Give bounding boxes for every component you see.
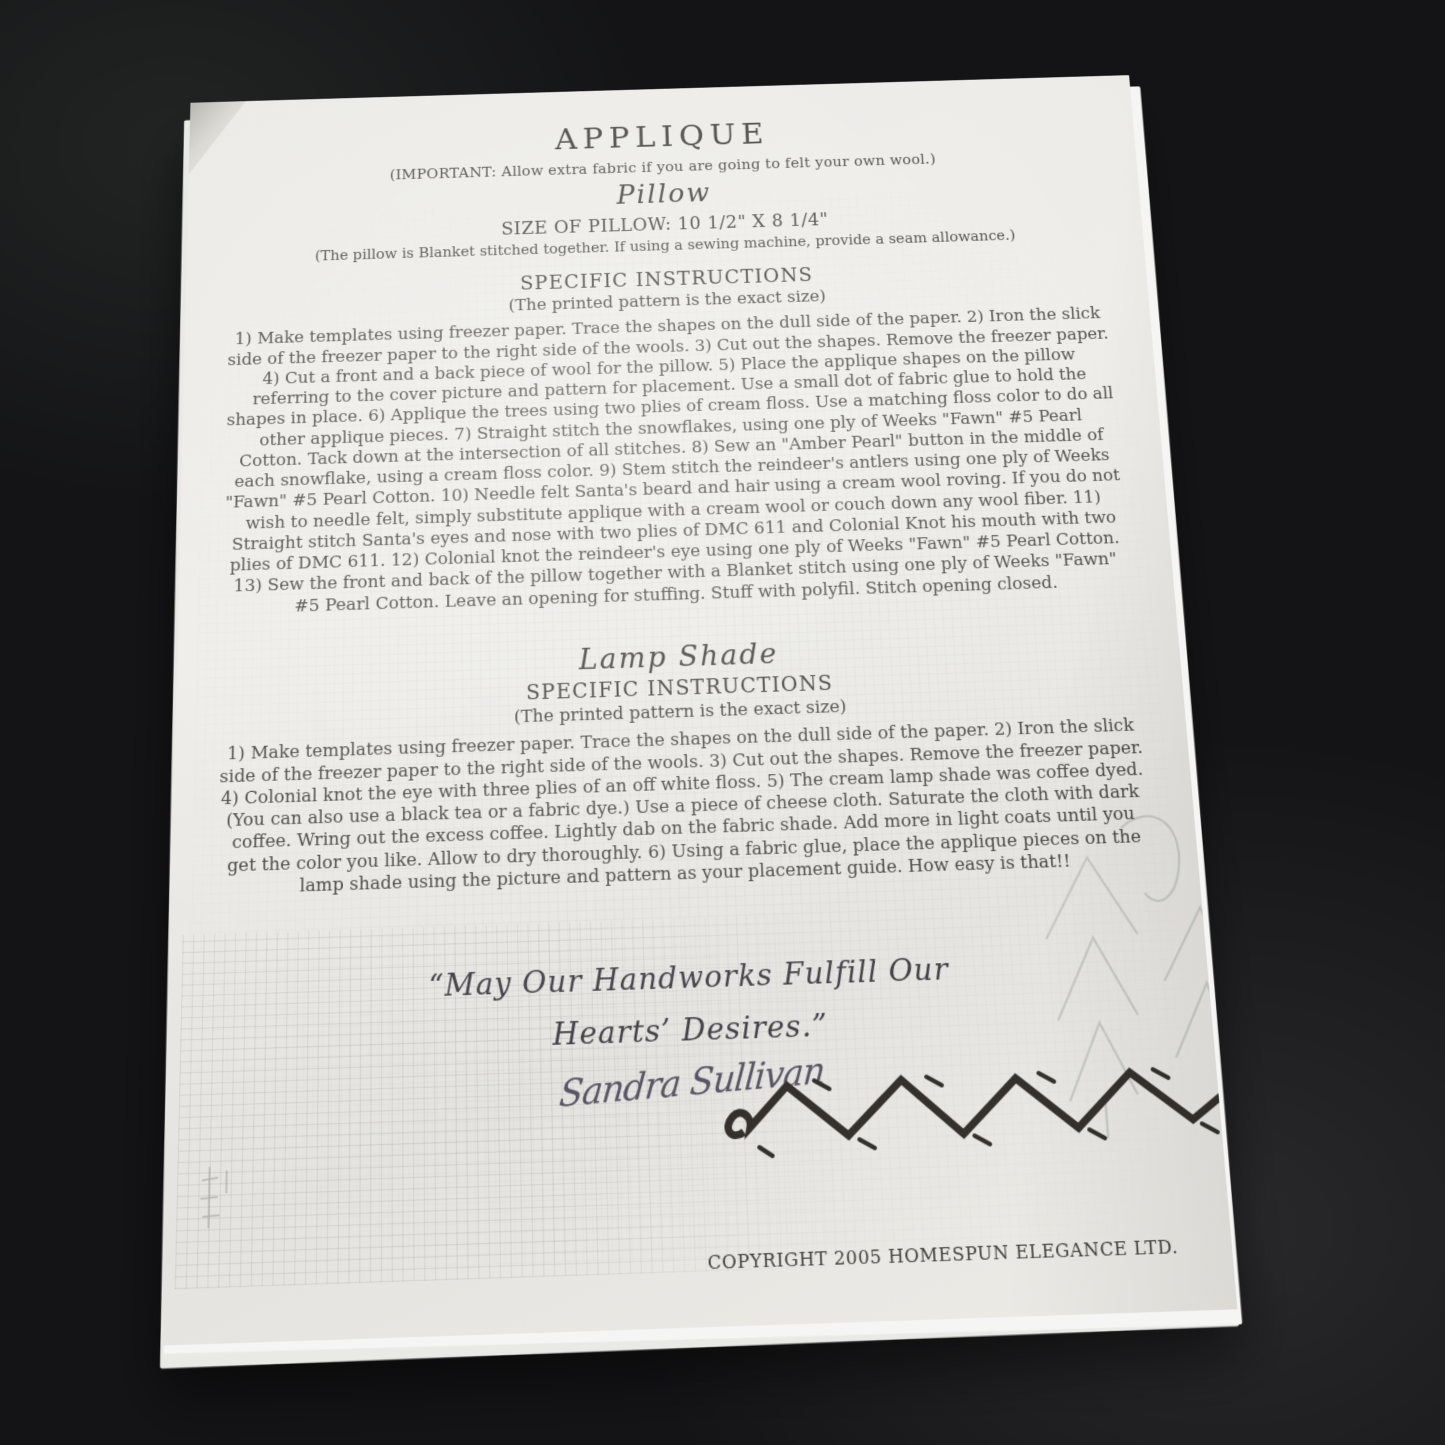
paper-stack: APPLIQUE (IMPORTANT: Allow extra fabric … bbox=[160, 75, 1237, 1346]
lampshade-instructions-text: 1) Make templates using freezer paper. T… bbox=[217, 715, 1153, 900]
page-content: APPLIQUE (IMPORTANT: Allow extra fabric … bbox=[160, 75, 1237, 1346]
pillow-instructions-text: 1) Make templates using freezer paper. T… bbox=[222, 304, 1130, 620]
instruction-sheet: APPLIQUE (IMPORTANT: Allow extra fabric … bbox=[160, 75, 1237, 1346]
zigzag-stitch-border bbox=[718, 1053, 1237, 1166]
